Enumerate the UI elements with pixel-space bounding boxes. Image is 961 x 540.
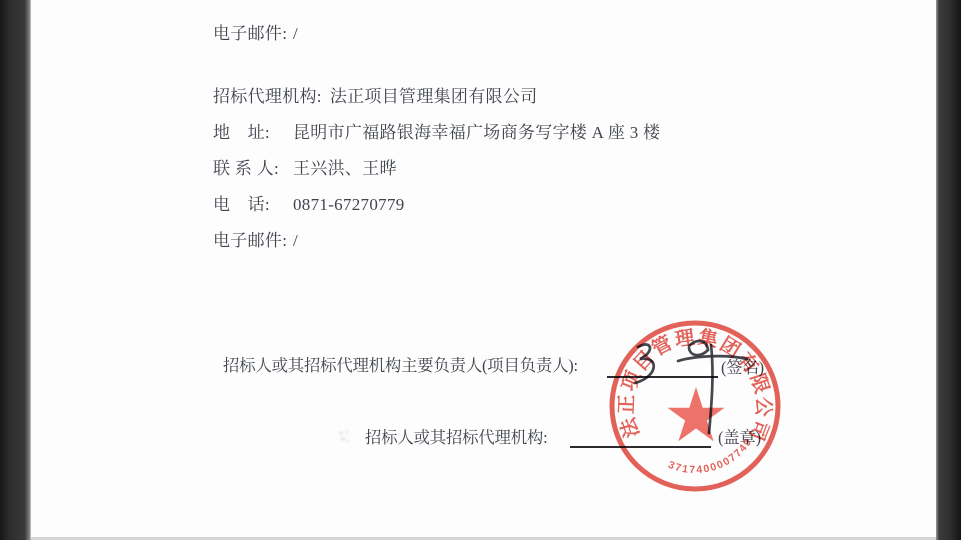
email-label: 电子邮件: xyxy=(213,19,293,44)
scanned-document-page: 电子邮件:/ 招标代理机构:法正项目管理集团有限公司 地 址:昆明市广福路银海幸… xyxy=(0,0,961,540)
contact-row: 联 系 人:王兴洪、王晔 xyxy=(213,154,397,179)
handwritten-signature xyxy=(590,301,800,511)
email-label: 电子邮件: xyxy=(213,226,293,251)
address-label: 地 址: xyxy=(213,118,293,143)
email-value: / xyxy=(293,231,298,251)
email-row-bottom: 电子邮件:/ xyxy=(213,226,298,251)
scan-right-edge xyxy=(936,0,961,540)
phone-row: 电 话:0871-67270779 xyxy=(213,190,405,215)
address-value: 昆明市广福路银海幸福广场商务写字楼 A 座 3 楼 xyxy=(293,118,660,143)
phone-label: 电 话: xyxy=(213,190,293,215)
agency-label: 招标代理机构: xyxy=(213,82,322,107)
email-value: / xyxy=(293,24,298,44)
contact-value: 王兴洪、王晔 xyxy=(293,154,397,179)
leader-signature-label: 招标人或其招标代理机构主要负责人(项目负责人): xyxy=(223,352,578,376)
address-row: 地 址:昆明市广福路银海幸福广场商务写字楼 A 座 3 楼 xyxy=(213,118,660,143)
email-row-top: 电子邮件:/ xyxy=(213,19,298,44)
smudge-artifact xyxy=(337,428,352,445)
agency-row: 招标代理机构:法正项目管理集团有限公司 xyxy=(213,82,537,107)
phone-value: 0871-67270779 xyxy=(293,195,405,215)
agency-stamp-label: 招标人或其招标代理机构: xyxy=(365,424,547,448)
agency-value: 法正项目管理集团有限公司 xyxy=(330,82,538,107)
contact-label: 联 系 人: xyxy=(213,154,293,179)
scan-left-edge xyxy=(0,0,31,540)
